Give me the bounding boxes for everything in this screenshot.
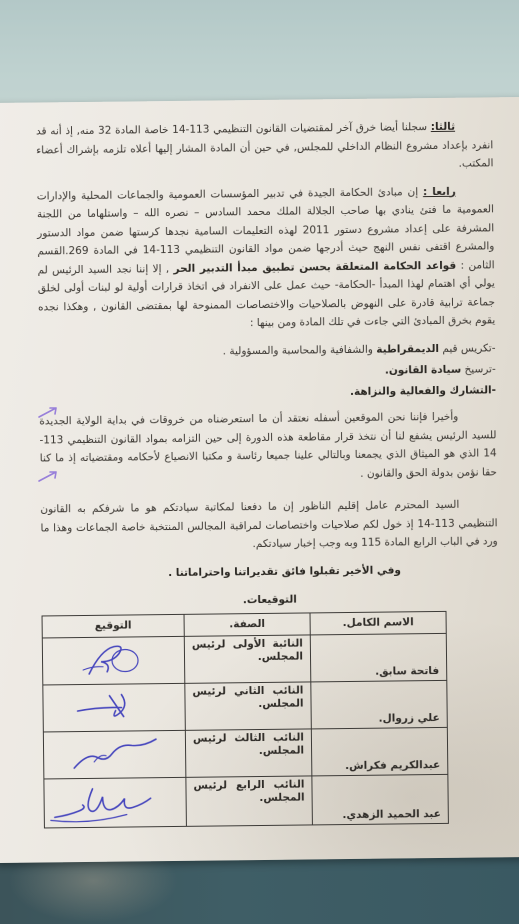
signer-role: النائب الثاني لرئيس المجلس. [185,681,312,729]
paragraph-governor-address: السيد المحترم عامل إقليم الناظور إن ما د… [40,495,498,556]
paragraph-thirdly: ثالثا: سجلنا أيضا خرق آخر لمقتضيات القان… [36,117,494,178]
signature-ink-icon [59,733,169,776]
signer-name: عبد الحميد الزهدي. [312,774,449,825]
paragraph-thirdly-body: سجلنا أيضا خرق آخر لمقتضيات القانون التن… [36,121,494,170]
signature-ink-icon [48,779,178,824]
signature-abdelhamid-zahdi [44,777,187,828]
column-header-full-name: الاسم الكامل. [310,611,446,635]
table-row: علي زروال. النائب الثاني لرئيس المجلس. [43,680,448,732]
principle-item-participation: -التشارك والفعالية والنزاهة. [39,381,496,405]
signature-ali-zerouale [43,683,186,732]
signatures-heading: التوقيعات. [41,588,498,612]
paragraph-thirdly-label: ثالثا: [431,121,455,133]
principle-item-bold: الديمقراطية [376,342,439,355]
principle-item-text: -تكريس قيم [439,342,496,355]
column-header-signature: التوقيع [42,614,184,638]
photo-of-document: ثالثا: سجلنا أيضا خرق آخر لمقتضيات القان… [0,0,519,924]
principles-list: -تكريس قيم الديمقراطية والشفافية والمحاس… [38,339,496,405]
paragraph-fourthly-bold: قواعد الحكامة المتعلقة بحسن تطبيق مبدأ ا… [173,259,456,274]
table-row: فاتحة سابق. النائبة الأولى لرئيس المجلس. [42,633,447,685]
signature-ink-icon [59,686,169,729]
principle-item-rule-of-law: -ترسيخ سيادة القانون. [39,360,496,384]
signature-fatiha-sabiq [42,636,185,685]
principle-item-bold: سيادة القانون. [385,363,461,376]
principle-item-text: والشفافية والمحاسبة والمسؤولية . [223,343,377,357]
principle-item-text: -ترسيخ [461,363,496,375]
column-header-role: الصفة. [184,612,310,635]
signatures-table: الاسم الكامل. الصفة. التوقيع فاتحة سابق.… [42,610,449,828]
signature-ink-icon [58,639,168,682]
paragraph-fourthly: رابعا : إن مبادئ الحكامة الجيدة في تدبير… [37,182,496,335]
signature-abdelkrim-fekrache [43,730,186,779]
closing-salutation: وفي الأخير تقبلوا فائق تقديراتنا واحترام… [101,560,468,583]
signer-role: النائب الثالث لرئيس المجلس. [185,728,312,776]
table-row: عبد الحميد الزهدي. النائب الرابع لرئيس ا… [44,774,449,828]
document-text: ثالثا: سجلنا أيضا خرق آخر لمقتضيات القان… [0,97,519,863]
signer-name: علي زروال. [311,680,448,729]
signer-role: النائب الرابع لرئيس المجلس. [186,775,313,825]
paragraph-fourthly-label: رابعا : [423,185,456,197]
signer-name: عبدالكريم فكراش. [311,727,448,776]
document-page: ثالثا: سجلنا أيضا خرق آخر لمقتضيات القان… [0,97,519,863]
paragraph-finally: وأخيرا فإننا نحن الموقعين أسفله نعتقد أن… [39,407,497,486]
paragraph-fourthly-body1: إن مبادئ الحكامة الجيدة في تدبير المؤسسا… [37,186,495,272]
principle-item-text: -التشارك والفعالية والنزاهة. [350,384,496,398]
table-row: عبدالكريم فكراش. النائب الثالث لرئيس الم… [43,727,448,779]
signer-role: النائبة الأولى لرئيس المجلس. [184,634,311,682]
table-surface-top [0,0,519,112]
table-surface-bottom [0,852,519,924]
principle-item-democracy: -تكريس قيم الديمقراطية والشفافية والمحاس… [38,339,495,363]
signer-name: فاتحة سابق. [310,633,447,682]
